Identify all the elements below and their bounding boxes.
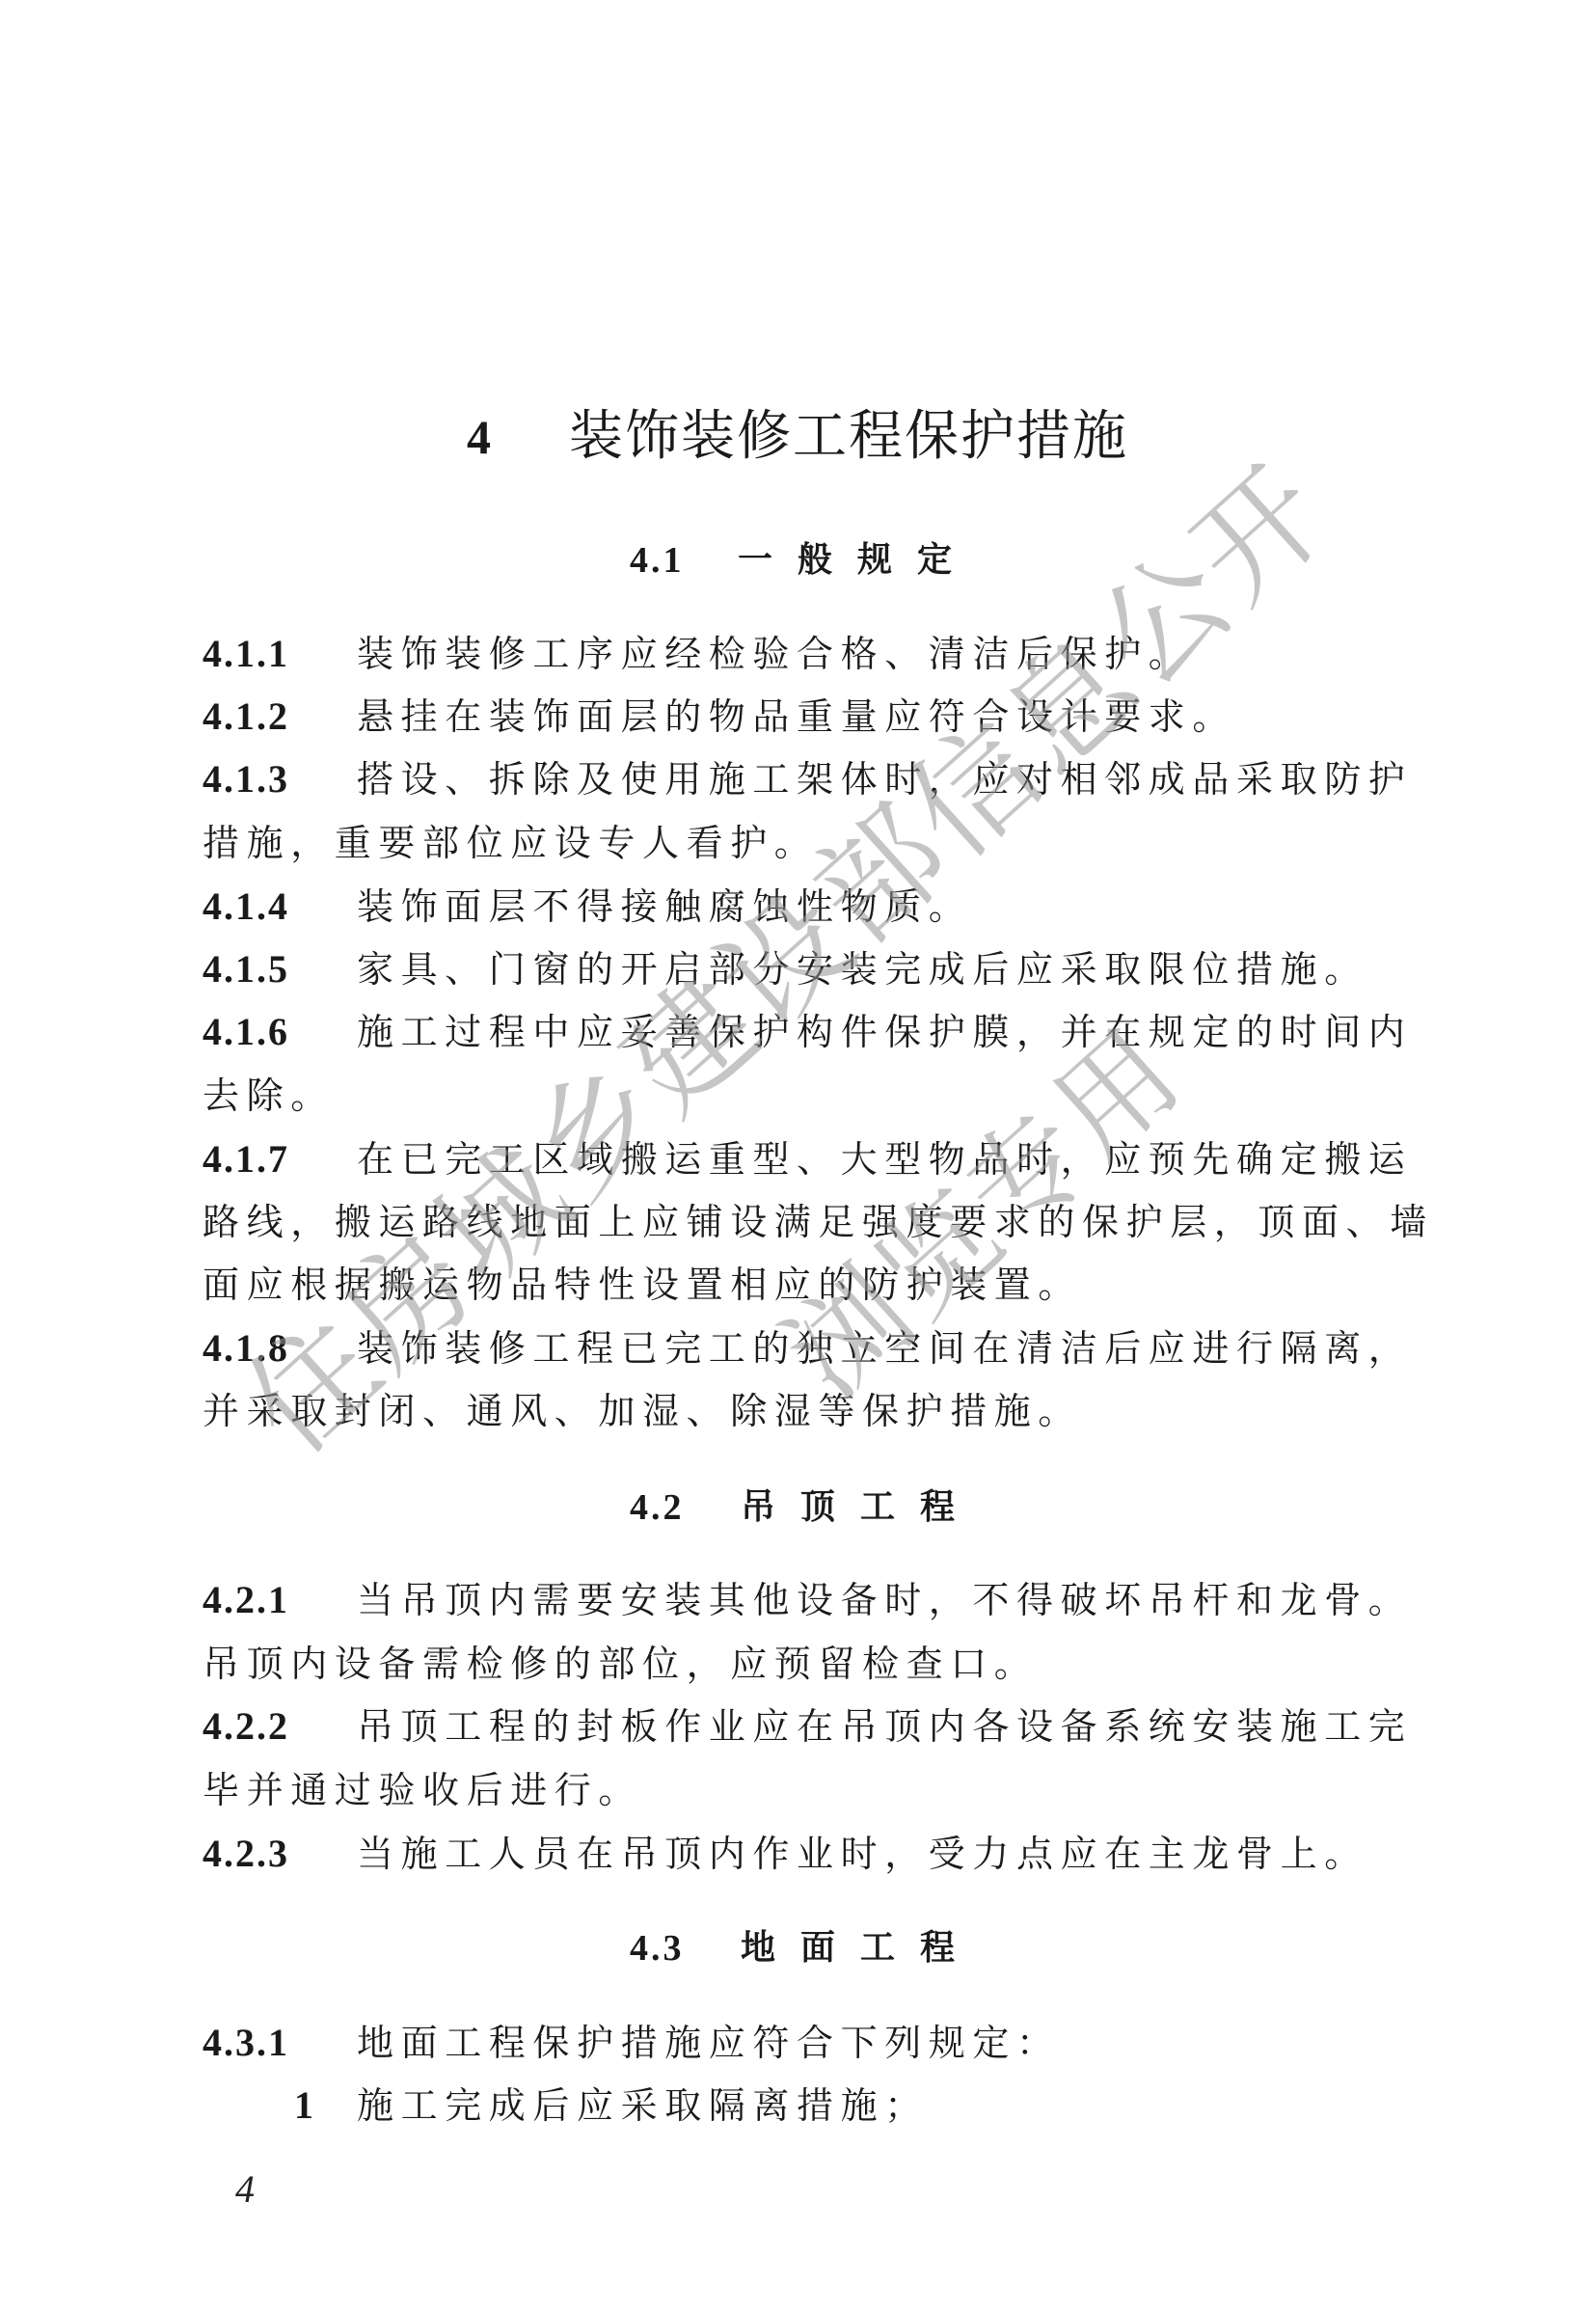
clause-number: 4.1.8 bbox=[203, 1321, 289, 1375]
page-number: 4 bbox=[235, 2168, 255, 2211]
clause-text: 在已完工区域搬运重型、大型物品时，应预先确定搬运 bbox=[357, 1132, 1412, 1186]
clause-4-1-6-continued: 去除。 bbox=[203, 1069, 1398, 1123]
clause-4-1-7: 4.1.7 在已完工区域搬运重型、大型物品时，应预先确定搬运 bbox=[203, 1132, 1398, 1186]
clause-text: 当施工人员在吊顶内作业时，受力点应在主龙骨上。 bbox=[357, 1827, 1368, 1881]
list-item-4-3-1-1: 1 施工完成后应采取隔离措施； bbox=[203, 2079, 1398, 2133]
chapter-title: 4 装饰装修工程保护措施 bbox=[0, 403, 1596, 471]
chapter-number: 4 bbox=[467, 403, 491, 471]
clause-4-2-2-continued: 毕并通过验收后进行。 bbox=[203, 1763, 1398, 1817]
section-heading-4-1: 4.1 一般规定 bbox=[0, 536, 1596, 585]
clause-text-continued: 措施，重要部位应设专人看护。 bbox=[203, 816, 818, 870]
clause-4-1-4: 4.1.4 装饰面层不得接触腐蚀性物质。 bbox=[203, 880, 1398, 934]
clause-4-2-3: 4.2.3 当施工人员在吊顶内作业时，受力点应在主龙骨上。 bbox=[203, 1827, 1398, 1881]
section-number: 4.2 bbox=[630, 1483, 685, 1532]
clause-number: 4.2.1 bbox=[203, 1573, 289, 1627]
clause-number: 4.1.4 bbox=[203, 880, 289, 934]
clause-text-continued: 并采取封闭、通风、加湿、除湿等保护措施。 bbox=[203, 1384, 1082, 1438]
clause-text: 施工过程中应妥善保护构件保护膜，并在规定的时间内 bbox=[357, 1005, 1412, 1059]
clause-text: 家具、门窗的开启部分安装完成后应采取限位措施。 bbox=[357, 942, 1368, 996]
clause-4-1-2: 4.1.2 悬挂在装饰面层的物品重量应符合设计要求。 bbox=[203, 690, 1398, 744]
section-heading-4-3: 4.3 地面工程 bbox=[0, 1924, 1596, 1972]
clause-4-1-3: 4.1.3 搭设、拆除及使用施工架体时，应对相邻成品采取防护 bbox=[203, 752, 1398, 806]
clause-text-continued: 吊顶内设备需检修的部位，应预留检查口。 bbox=[203, 1637, 1038, 1691]
document-page: 4 装饰装修工程保护措施 4.1 一般规定 4.1.1 装饰装修工序应经检验合格… bbox=[0, 0, 1596, 2311]
section-number: 4.3 bbox=[630, 1924, 685, 1972]
clause-number: 4.3.1 bbox=[203, 2016, 289, 2070]
clause-number: 4.1.7 bbox=[203, 1132, 289, 1186]
clause-text-continued: 路线，搬运路线地面上应铺设满足强度要求的保护层，顶面、墙 bbox=[203, 1195, 1434, 1249]
clause-number: 4.1.5 bbox=[203, 942, 289, 996]
clause-text: 吊顶工程的封板作业应在吊顶内各设备系统安装施工完 bbox=[357, 1699, 1412, 1754]
clause-4-1-7-continued-2: 面应根据搬运物品特性设置相应的防护装置。 bbox=[203, 1258, 1398, 1312]
section-title: 地面工程 bbox=[741, 1924, 980, 1972]
clause-4-2-1-continued: 吊顶内设备需检修的部位，应预留检查口。 bbox=[203, 1637, 1398, 1691]
clause-4-1-3-continued: 措施，重要部位应设专人看护。 bbox=[203, 816, 1398, 870]
clause-4-3-1: 4.3.1 地面工程保护措施应符合下列规定： bbox=[203, 2016, 1398, 2070]
clause-number: 4.1.3 bbox=[203, 752, 289, 806]
item-text: 施工完成后应采取隔离措施； bbox=[357, 2079, 929, 2133]
clause-text-continued: 去除。 bbox=[203, 1069, 335, 1123]
item-number: 1 bbox=[294, 2079, 313, 2133]
section-title: 吊顶工程 bbox=[741, 1483, 980, 1532]
section-number: 4.1 bbox=[630, 536, 685, 585]
chapter-title-text: 装饰装修工程保护措施 bbox=[569, 403, 1128, 471]
section-heading-4-2: 4.2 吊顶工程 bbox=[0, 1483, 1596, 1532]
clause-4-1-5: 4.1.5 家具、门窗的开启部分安装完成后应采取限位措施。 bbox=[203, 942, 1398, 996]
clause-text: 装饰装修工程已完工的独立空间在清洁后应进行隔离， bbox=[357, 1321, 1412, 1375]
clause-text: 装饰面层不得接触腐蚀性物质。 bbox=[357, 880, 972, 934]
section-title: 一般规定 bbox=[738, 536, 977, 585]
clause-text: 悬挂在装饰面层的物品重量应符合设计要求。 bbox=[357, 690, 1236, 744]
clause-4-1-1: 4.1.1 装饰装修工序应经检验合格、清洁后保护。 bbox=[203, 627, 1398, 681]
clause-text-continued: 面应根据搬运物品特性设置相应的防护装置。 bbox=[203, 1258, 1082, 1312]
clause-text: 搭设、拆除及使用施工架体时，应对相邻成品采取防护 bbox=[357, 752, 1412, 806]
clause-text: 当吊顶内需要安装其他设备时，不得破坏吊杆和龙骨。 bbox=[357, 1573, 1412, 1627]
clause-number: 4.1.2 bbox=[203, 690, 289, 744]
clause-number: 4.1.1 bbox=[203, 627, 289, 681]
clause-number: 4.2.3 bbox=[203, 1827, 289, 1881]
clause-text-continued: 毕并通过验收后进行。 bbox=[203, 1763, 642, 1817]
clause-text: 装饰装修工序应经检验合格、清洁后保护。 bbox=[357, 627, 1192, 681]
clause-number: 4.1.6 bbox=[203, 1005, 289, 1059]
clause-text: 地面工程保护措施应符合下列规定： bbox=[357, 2016, 1061, 2070]
clause-4-1-7-continued: 路线，搬运路线地面上应铺设满足强度要求的保护层，顶面、墙 bbox=[203, 1195, 1398, 1249]
clause-number: 4.2.2 bbox=[203, 1699, 289, 1754]
clause-4-2-1: 4.2.1 当吊顶内需要安装其他设备时，不得破坏吊杆和龙骨。 bbox=[203, 1573, 1398, 1627]
clause-4-1-8: 4.1.8 装饰装修工程已完工的独立空间在清洁后应进行隔离， bbox=[203, 1321, 1398, 1375]
clause-4-1-8-continued: 并采取封闭、通风、加湿、除湿等保护措施。 bbox=[203, 1384, 1398, 1438]
clause-4-2-2: 4.2.2 吊顶工程的封板作业应在吊顶内各设备系统安装施工完 bbox=[203, 1699, 1398, 1754]
clause-4-1-6: 4.1.6 施工过程中应妥善保护构件保护膜，并在规定的时间内 bbox=[203, 1005, 1398, 1059]
